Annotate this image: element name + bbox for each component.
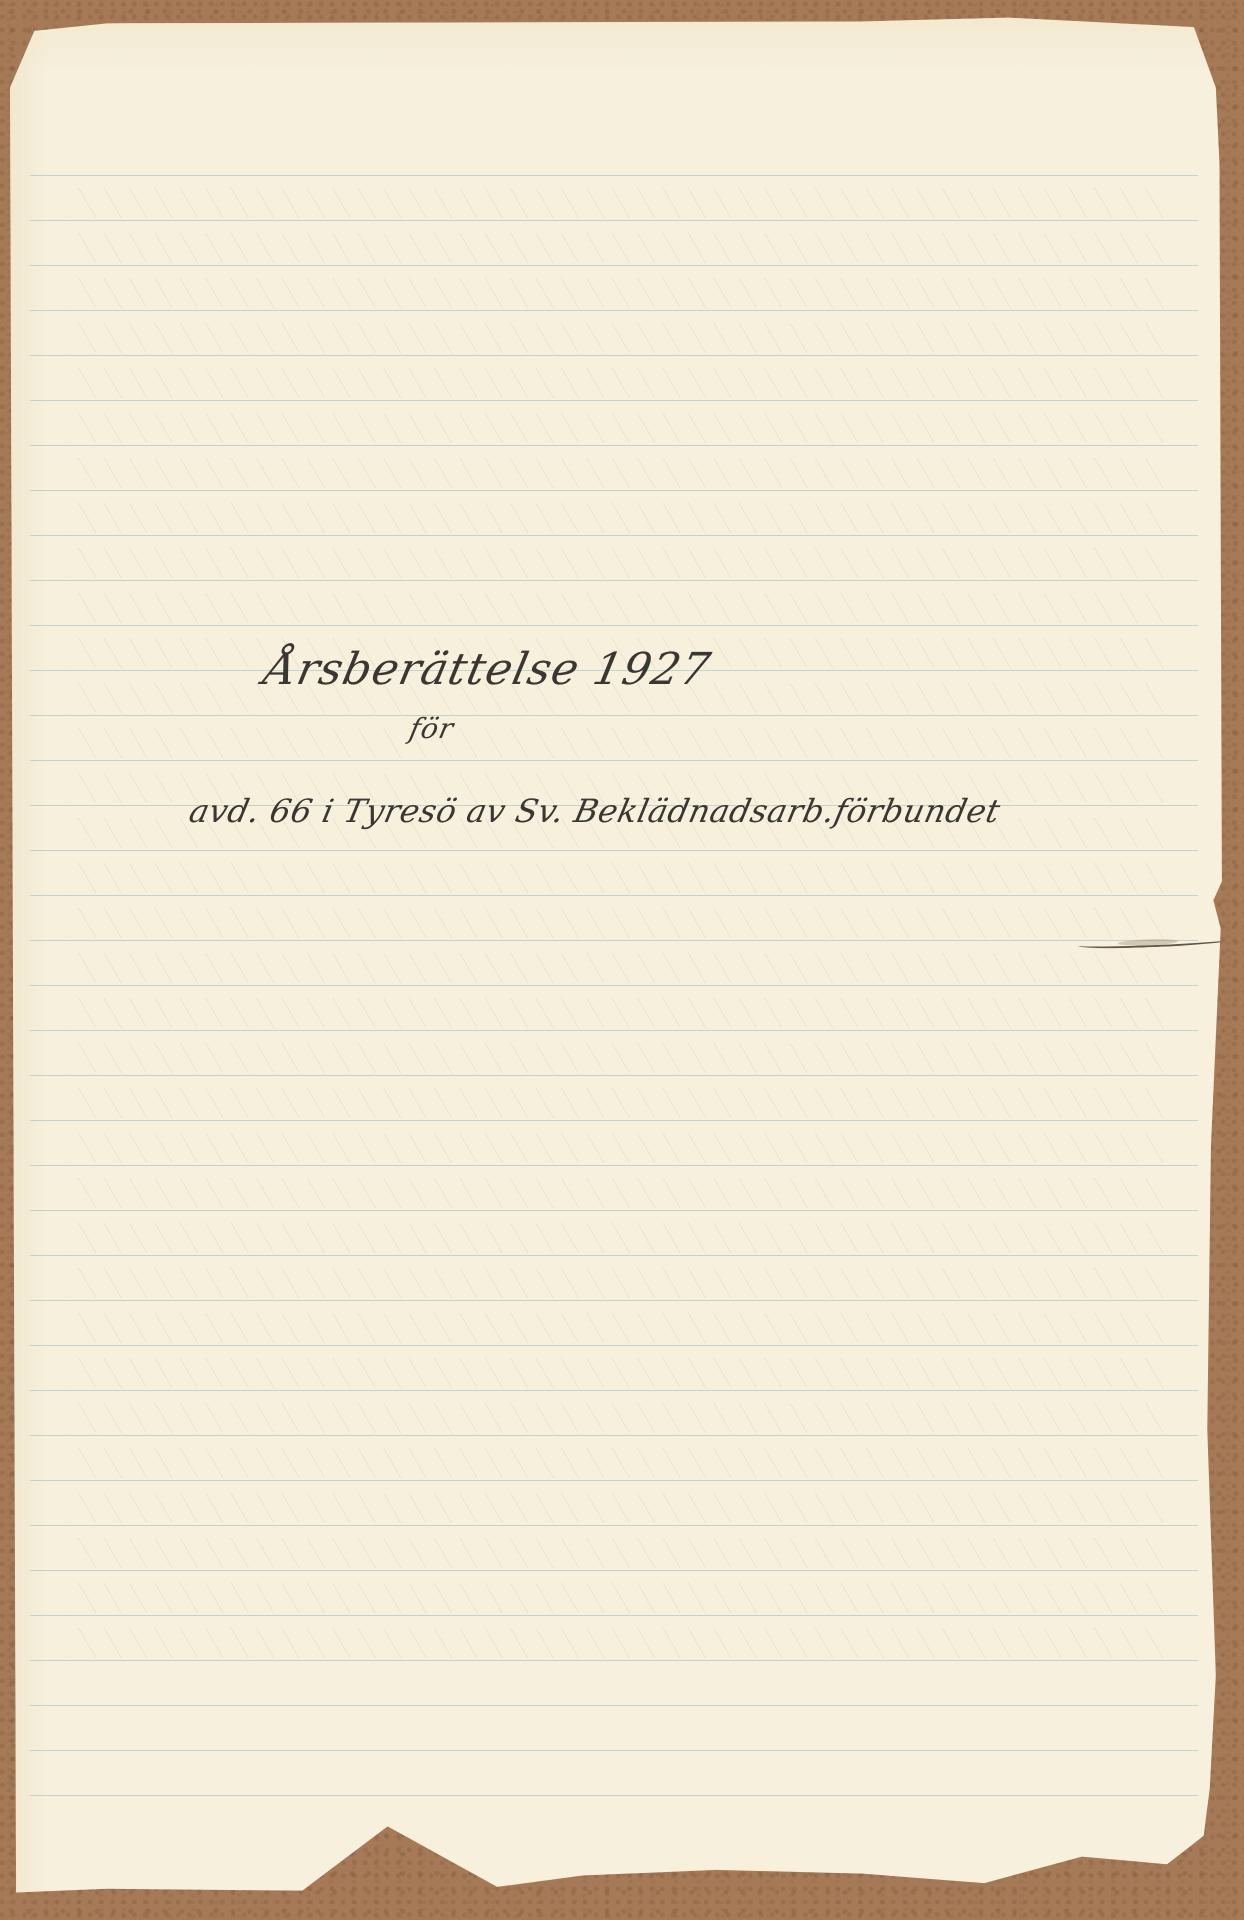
rule-line: [30, 445, 1198, 446]
rule-line: [30, 400, 1198, 401]
rule-line: [30, 1345, 1198, 1346]
rule-line: [30, 1435, 1198, 1436]
bleed-through-line: [70, 1538, 1168, 1568]
bleed-through-line: [70, 1583, 1168, 1613]
rule-line: [30, 1255, 1198, 1256]
rule-line: [30, 895, 1198, 896]
document-subtitle: avd. 66 i Tyresö av Sv. Beklädnadsarb.fö…: [186, 792, 1004, 830]
bleed-through-line: [70, 1313, 1168, 1343]
bleed-through-line: [70, 458, 1168, 488]
bleed-through-line: [70, 1088, 1168, 1118]
rule-line: [30, 850, 1198, 851]
bleed-through-line: [70, 593, 1168, 623]
bleed-through-line: [70, 1133, 1168, 1163]
bleed-through-line: [70, 233, 1168, 263]
bleed-through-line: [70, 998, 1168, 1028]
rule-line: [30, 940, 1198, 941]
bleed-through-line: [70, 863, 1168, 893]
rule-line: [30, 580, 1198, 581]
rule-line: [30, 220, 1198, 221]
rule-line: [30, 1660, 1198, 1661]
rule-line: [30, 1570, 1198, 1571]
bleed-through-line: [70, 1358, 1168, 1388]
paper-sheet: Årsberättelse 1927 för avd. 66 i Tyresö …: [10, 12, 1228, 1902]
rule-line: [30, 490, 1198, 491]
rule-line: [30, 175, 1198, 176]
rule-line: [30, 1075, 1198, 1076]
rule-line: [30, 1705, 1198, 1706]
document-title: Årsberättelse 1927: [260, 644, 716, 695]
bleed-through-line: [70, 953, 1168, 983]
rule-line: [30, 1300, 1198, 1301]
rule-line: [30, 760, 1198, 761]
bleed-through-line: [70, 1628, 1168, 1658]
rule-line: [30, 1390, 1198, 1391]
rule-line: [30, 1030, 1198, 1031]
title-preposition: för: [406, 712, 457, 745]
rule-line: [30, 1480, 1198, 1481]
bleed-through-line: [70, 728, 1168, 758]
bleed-through-line: [70, 1403, 1168, 1433]
bleed-through-line: [70, 908, 1168, 938]
rule-line: [30, 625, 1198, 626]
bleed-through-line: [70, 1043, 1168, 1073]
rule-line: [30, 1525, 1198, 1526]
bleed-through-line: [70, 413, 1168, 443]
rule-line: [30, 1120, 1198, 1121]
bleed-through-line: [70, 1223, 1168, 1253]
bleed-through-line: [70, 278, 1168, 308]
rule-line: [30, 265, 1198, 266]
bleed-through-line: [70, 503, 1168, 533]
rule-line: [30, 715, 1198, 716]
rule-line: [30, 1210, 1198, 1211]
bleed-through-line: [70, 548, 1168, 578]
rule-line: [30, 1165, 1198, 1166]
bleed-through-line: [70, 1178, 1168, 1208]
rule-line: [30, 985, 1198, 986]
bleed-through-line: [70, 323, 1168, 353]
rule-line: [30, 1750, 1198, 1751]
rule-line: [30, 355, 1198, 356]
rule-line: [30, 310, 1198, 311]
bleed-through-line: [70, 368, 1168, 398]
bleed-through-line: [70, 1493, 1168, 1523]
bleed-through-line: [70, 188, 1168, 218]
bleed-through-line: [70, 1448, 1168, 1478]
rule-line: [30, 1615, 1198, 1616]
rule-line: [30, 1795, 1198, 1796]
rule-line: [30, 535, 1198, 536]
bleed-through-line: [70, 1268, 1168, 1298]
